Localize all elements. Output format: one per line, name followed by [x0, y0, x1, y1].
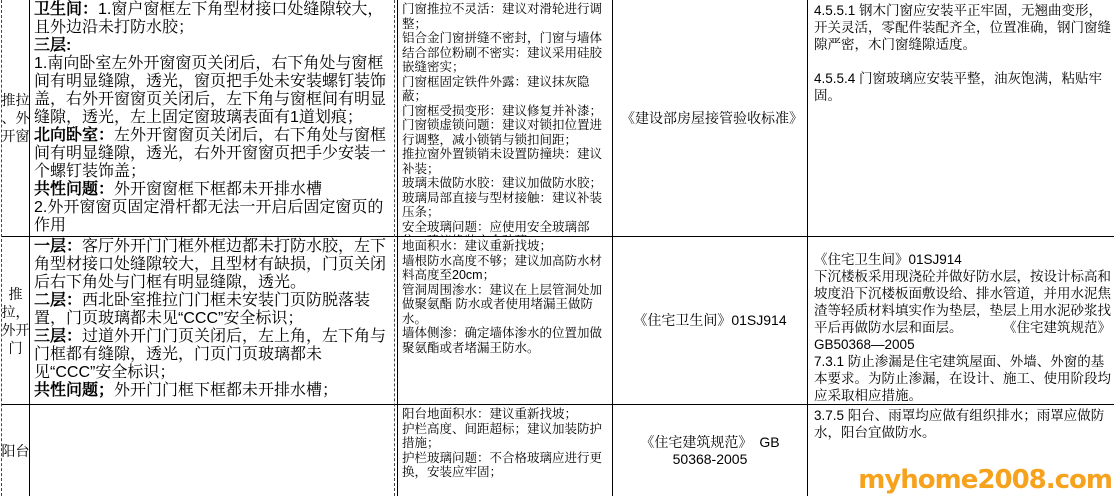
suggestions-cell-doors: 地面积水：建议重新找坡；墙根防水高度不够；建议加高防水材料高度至20cm；管洞周…	[398, 237, 613, 405]
category-label-line: 外开	[2, 321, 30, 339]
paragraph: 二层：西北卧室推拉门门框未安装门页防脱落装置，门页玻璃都未见“CCC”安全标识；	[34, 292, 394, 328]
paragraph: 一层：客厅外开门门框外框边都未打防水胶，左下角型材接口处缝隙较大，且型材有缺损，…	[34, 238, 394, 292]
category-label-line: 推	[9, 285, 23, 303]
suggestions-cell-windows: 门窗推拉不灵活：建议对滑轮进行调整；铝合金门窗拼缝不密封，门窗与墙体结合部位粉刷…	[398, 0, 613, 237]
code-cell-windows: 4.5.5.1 钢木门窗应安装平正牢固，无翘曲变形，开关灵活，零配件装配齐全，位…	[808, 0, 1114, 237]
issues-cell-windows: 卫生间：1.窗户窗框左下角型材接口处缝隙较大，且外边沿未打防水胶；三层:1.南向…	[30, 0, 398, 237]
paragraph: 1.南向卧室左外开窗窗页关闭后，右下角处与窗框间有明显缝隙，透光，窗页把手处未安…	[34, 55, 394, 127]
paragraph: 地面积水：建议重新找坡；	[402, 239, 610, 254]
paragraph: 共性问题：外开窗窗框下框都未开排水槽	[34, 181, 394, 199]
paragraph: 墙体侧渗：确定墙体渗水的位置加做聚氨酯或者堵漏王防水。	[402, 326, 610, 355]
page-break-dashed-left	[1, 0, 2, 496]
paragraph: 4.5.5.1 钢木门窗应安装平正牢固，无翘曲变形，开关灵活，零配件装配齐全，位…	[814, 2, 1111, 53]
paragraph: 7.3.1 防止渗漏是住宅建筑屋面、外墙、外窗的基本要求。为防止渗漏，在设计、施…	[814, 353, 1111, 404]
category-cell-balcony: 阳台	[2, 405, 30, 496]
suggestions-cell-balcony: 阳台地面积水：建议重新找坡；护栏高度、间距超标；建议加装防护措施；护栏玻璃问题：…	[398, 405, 613, 496]
standard-cell-windows: 《建设部房屋接管验收标准》	[613, 0, 808, 237]
paragraph: 北向卧室：左外开窗窗页关闭后，右下角处与窗框间有明显缝隙，透光，右外开窗窗页把手…	[34, 127, 394, 181]
category-label-line: 、外	[2, 109, 30, 127]
paragraph: 管洞周围渗水：建议在上层管洞处加做聚氨酯 防水或者使用堵漏王做防水。	[402, 283, 610, 327]
defects-table: 推拉、外开窗 卫生间：1.窗户窗框左下角型材接口处缝隙较大，且外边沿未打防水胶；…	[2, 0, 1114, 496]
issues-cell-balcony	[30, 405, 398, 496]
paragraph: 三层：过道外开门门页关闭后，左上角，左下角与门框都有缝隙，透光，门页门页玻璃都未…	[34, 328, 394, 382]
paragraph: 下沉楼板采用现浇砼并做好防水层，按设计标高和坡度沿下沉楼板面敷设给、排水管道，并…	[814, 268, 1111, 336]
watermark-link[interactable]: myhome2008.com	[858, 465, 1112, 495]
paragraph: 门窗框固定铁件外露：建议抹灰隐蔽；	[402, 75, 610, 104]
category-label-line: 推拉	[2, 91, 30, 109]
paragraph	[814, 53, 1111, 70]
paragraph: 护栏高度、间距超标；建议加装防护措施；	[402, 422, 610, 451]
code-cell-doors: 《住宅卫生间》01SJ914下沉楼板采用现浇砼并做好防水层，按设计标高和坡度沿下…	[808, 237, 1114, 405]
paragraph: 推拉窗外置锁销未设置防撞块：建议补装；	[402, 147, 610, 176]
category-cell-windows: 推拉、外开窗	[2, 0, 30, 237]
category-label-line: 拉，	[2, 303, 30, 321]
paragraph: 门窗锁虚锁问题：建议对锁扣位置进行调整，减小锁销与锁扣间距；	[402, 118, 610, 147]
paragraph: 护栏玻璃问题：不合格玻璃应进行更换，安装应牢固；	[402, 451, 610, 480]
paragraph: 玻璃未做防水胶：建议加做防水胶；	[402, 176, 610, 191]
category-label-line: 阳台	[2, 442, 30, 460]
paragraph: 2.外开窗窗页固定滑杆都无法一开启后固定窗页的作用	[34, 199, 394, 235]
issues-cell-doors: 一层：客厅外开门门框外框边都未打防水胶，左下角型材接口处缝隙较大，且型材有缺损，…	[30, 237, 398, 405]
paragraph: 铝合金门窗拼缝不密封，门窗与墙体结合部位粉刷不密实：建议采用硅胶嵌缝密实；	[402, 31, 610, 75]
paragraph: GB50368—2005	[814, 336, 1111, 353]
standard-cell-doors: 《住宅卫生间》01SJ914	[613, 237, 808, 405]
paragraph: 门窗框受损变形：建议修复并补漆；	[402, 104, 610, 119]
paragraph: 4.5.5.4 门窗玻璃应安装平整，油灰饱满，粘贴牢固。	[814, 70, 1111, 104]
page-break-dashed-mid	[394, 0, 395, 496]
paragraph: 墙根防水高度不够；建议加高防水材料高度至20cm；	[402, 254, 610, 283]
paragraph: 三层:	[34, 37, 394, 55]
standard-cell-balcony: 《住宅建筑规范》 GB 50368-2005	[613, 405, 808, 496]
category-cell-doors: 推拉，外开门	[2, 237, 30, 405]
paragraph: 门窗推拉不灵活：建议对滑轮进行调整；	[402, 2, 610, 31]
paragraph: 3.7.5 阳台、雨罩均应做有组织排水；雨罩应做防水，阳台宜做防水。	[814, 407, 1111, 441]
paragraph: 阳台地面积水：建议重新找坡；	[402, 407, 610, 422]
paragraph: 《住宅卫生间》01SJ914	[814, 251, 1111, 268]
paragraph: 玻璃局部直接与型材接触：建议补装压条；	[402, 191, 610, 220]
category-label-line: 开窗	[2, 127, 30, 145]
paragraph: 安全玻璃问题：应使用安全玻璃部位，建议换装安全玻璃；	[402, 220, 610, 238]
paragraph: 共性问题；外开门门框下框都未开排水槽；	[34, 382, 394, 400]
paragraph: 卫生间：1.窗户窗框左下角型材接口处缝隙较大，且外边沿未打防水胶；	[34, 1, 394, 37]
category-label-line: 门	[9, 339, 23, 357]
